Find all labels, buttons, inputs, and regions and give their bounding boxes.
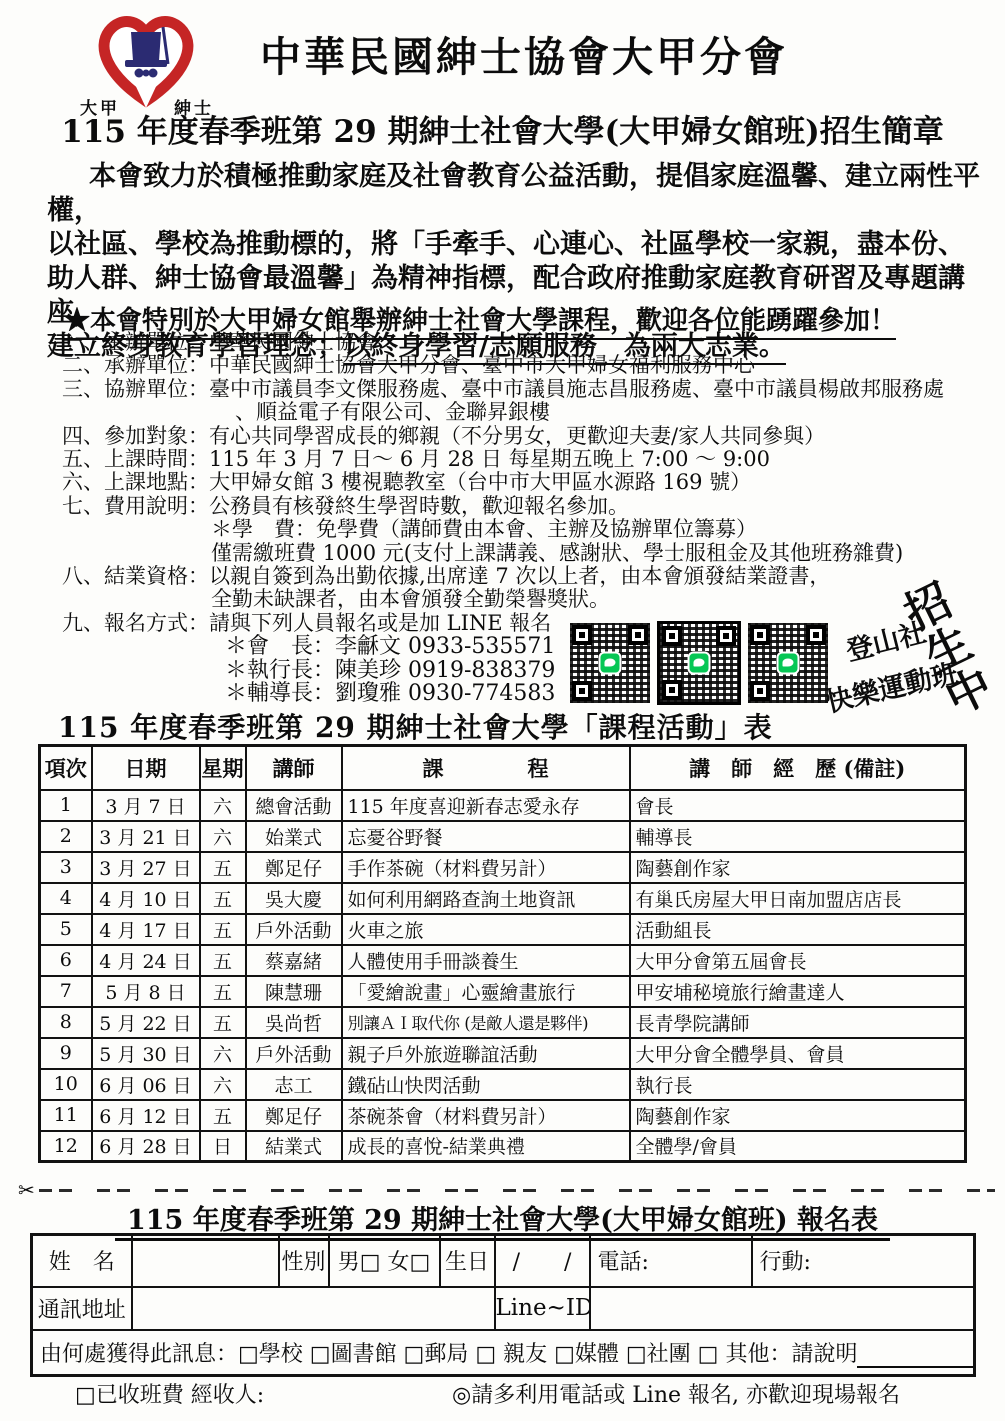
cell-course: 如何利用網路查詢土地資訊: [342, 883, 630, 914]
table-row: 12 6 月 28 日 日 結業式 成長的喜悅-結業典禮 全體學/會員: [40, 1131, 966, 1162]
cell-date: 4 月 10 日: [92, 883, 200, 914]
cell-no: 1: [40, 790, 92, 821]
cell-teacher: 始業式: [246, 821, 342, 852]
dashed-line: [39, 1189, 995, 1192]
list-item-fee: 七、費用說明：公務員有核發終生學習時數，歡迎報名參加。: [62, 495, 992, 518]
cell-date: 5 月 8 日: [92, 976, 200, 1007]
birth-label-cell: 生日: [440, 1235, 495, 1287]
cell-date: 3 月 21 日: [92, 821, 200, 852]
cell-date: 5 月 30 日: [92, 1038, 200, 1069]
cell-note: 輔導長: [630, 821, 966, 852]
cell-note: 有巢氏房屋大甲日南加盟店店長: [630, 883, 966, 914]
cell-teacher: 鄭足仔: [246, 1100, 342, 1131]
cell-course: 鐵砧山快閃活動: [342, 1069, 630, 1100]
address-label-cell: 通訊地址: [32, 1287, 132, 1330]
cell-no: 7: [40, 976, 92, 1007]
gender-options-cell: 男□ 女□: [329, 1235, 440, 1287]
birth-value-cell: / /: [495, 1235, 590, 1287]
cell-note: 會長: [630, 790, 966, 821]
line-qr-code-2: [657, 621, 741, 705]
cell-course: 115 年度喜迎新春志愛永存: [342, 790, 630, 821]
cell-day: 五: [200, 883, 246, 914]
cell-date: 4 月 17 日: [92, 914, 200, 945]
form-row-address: 通訊地址 Line~ID: [32, 1287, 975, 1330]
cell-date: 3 月 7 日: [92, 790, 200, 821]
line-qr-codes: [570, 621, 828, 705]
cell-no: 8: [40, 1007, 92, 1038]
course-table-header-row: 項次 日期 星期 講師 課 程 講 師 經 歷 (備註): [40, 746, 966, 790]
qr-finder-icon: [662, 626, 682, 646]
source-cell: 由何處獲得此訊息：□學校 □圖書館 □郵局 □ 親友 □媒體 □社團 □ 其他：…: [32, 1330, 975, 1376]
header-no: 項次: [40, 746, 92, 790]
cell-no: 4: [40, 883, 92, 914]
cell-date: 6 月 06 日: [92, 1069, 200, 1100]
cell-no: 5: [40, 914, 92, 945]
table-row: 1 3 月 7 日 六 總會活動 115 年度喜迎新春志愛永存 會長: [40, 790, 966, 821]
list-item-graduation: 八、結業資格：以親自簽到為出勤依據,出席達 7 次以上者，由本會頒發結業證書，: [62, 565, 992, 588]
cell-teacher: 結業式: [246, 1131, 342, 1162]
cell-day: 六: [200, 1069, 246, 1100]
cell-note: 活動組長: [630, 914, 966, 945]
table-row: 6 4 月 24 日 五 蔡嘉緒 人體使用手冊談養生 大甲分會第五屆會長: [40, 945, 966, 976]
table-row: 11 6 月 12 日 五 鄭足仔 茶碗茶會（材料費另計） 陶藝創作家: [40, 1100, 966, 1131]
course-table: 項次 日期 星期 講師 課 程 講 師 經 歷 (備註) 1 3 月 7 日 六…: [38, 744, 967, 1163]
cell-day: 六: [200, 821, 246, 852]
cell-day: 五: [200, 1007, 246, 1038]
cell-date: 5 月 22 日: [92, 1007, 200, 1038]
cell-teacher: 志工: [246, 1069, 342, 1100]
cell-no: 11: [40, 1100, 92, 1131]
cell-day: 六: [200, 790, 246, 821]
cell-course: 手作茶碗（材料費另計）: [342, 852, 630, 883]
line-qr-code-1: [570, 623, 650, 703]
table-row: 4 4 月 10 日 五 吳大慶 如何利用網路查詢土地資訊 有巢氏房屋大甲日南加…: [40, 883, 966, 914]
line-id-label-cell: Line~ID: [495, 1287, 590, 1330]
cell-day: 五: [200, 1100, 246, 1131]
cell-no: 3: [40, 852, 92, 883]
list-item-coorganizer-2: 、順益電子有限公司、金聯昇銀樓: [62, 401, 992, 424]
cell-no: 2: [40, 821, 92, 852]
cell-teacher: 吳大慶: [246, 883, 342, 914]
cell-note: 陶藝創作家: [630, 1100, 966, 1131]
fee-received-note: □已收班費 經收人:: [75, 1378, 264, 1409]
header-note: 講 師 經 歷 (備註): [630, 746, 966, 790]
cell-day: 六: [200, 1038, 246, 1069]
cell-no: 6: [40, 945, 92, 976]
header-date: 日期: [92, 746, 200, 790]
qr-finder-icon: [572, 681, 592, 701]
flyer-subtitle: 115 年度春季班第 29 期紳士社會大學(大甲婦女館班)招生簡章: [0, 106, 1005, 151]
list-item-organizer: 一、主辦單位：中華民國紳士協會: [62, 331, 992, 354]
cell-course: 茶碗茶會（材料費另計）: [342, 1100, 630, 1131]
table-row: 2 3 月 21 日 六 始業式 忘憂谷野餐 輔導長: [40, 821, 966, 852]
cell-day: 五: [200, 852, 246, 883]
table-row: 3 3 月 27 日 五 鄭足仔 手作茶碗（材料費另計） 陶藝創作家: [40, 852, 966, 883]
qr-finder-icon: [806, 625, 826, 645]
list-item-audience: 四、參加對象：有心共同學習成長的鄉親（不分男女，更歡迎夫妻/家人共同參與）: [62, 425, 992, 448]
cell-day: 五: [200, 976, 246, 1007]
cell-no: 10: [40, 1069, 92, 1100]
cell-teacher: 鄭足仔: [246, 852, 342, 883]
table-row: 7 5 月 8 日 五 陳慧珊 「愛繪說畫」心靈繪畫旅行 甲安埔秘境旅行繪畫達人: [40, 976, 966, 1007]
table-row: 9 5 月 30 日 六 戶外活動 親子戶外旅遊聯誼活動 大甲分會全體學員、會員: [40, 1038, 966, 1069]
fill-in-blank-line: [857, 1346, 974, 1368]
course-table-title: 115 年度春季班第 29 期紳士社會大學「課程活動」表: [58, 706, 773, 746]
name-input-cell: [132, 1235, 279, 1287]
cell-teacher: 總會活動: [246, 790, 342, 821]
line-app-icon: [777, 652, 800, 675]
flyer-page: 大甲 紳士 中華民國紳士協會大甲分會 115 年度春季班第 29 期紳士社會大學…: [0, 0, 1005, 1421]
cell-teacher: 蔡嘉緒: [246, 945, 342, 976]
form-row-identity: 姓 名 性別 男□ 女□ 生日 / / 電話: 行動:: [32, 1235, 975, 1287]
cell-course: 火車之旅: [342, 914, 630, 945]
cell-note: 全體學/會員: [630, 1131, 966, 1162]
cell-teacher: 陳慧珊: [246, 976, 342, 1007]
cell-note: 長青學院講師: [630, 1007, 966, 1038]
table-row: 5 4 月 17 日 五 戶外活動 火車之旅 活動組長: [40, 914, 966, 945]
cell-date: 6 月 28 日: [92, 1131, 200, 1162]
cell-date: 4 月 24 日: [92, 945, 200, 976]
registration-reminder-note: ◎請多利用電話或 Line 報名, 亦歡迎現場報名: [452, 1378, 900, 1409]
cell-note: 大甲分會全體學員、會員: [630, 1038, 966, 1069]
line-app-icon: [599, 652, 622, 675]
header-teacher: 講師: [246, 746, 342, 790]
cell-no: 12: [40, 1131, 92, 1162]
list-item-fee-detail-2: 僅需繳班費 1000 元(支付上課講義、感謝狀、學士服租金及其他班務雜費): [62, 542, 992, 565]
qr-finder-icon: [572, 625, 592, 645]
cell-course: 「愛繪說畫」心靈繪畫旅行: [342, 976, 630, 1007]
cell-course: 忘憂谷野餐: [342, 821, 630, 852]
scissors-icon: ✂: [18, 1180, 35, 1200]
page-title: 中華民國紳士協會大甲分會: [260, 24, 788, 83]
cell-note: 執行長: [630, 1069, 966, 1100]
cell-teacher: 戶外活動: [246, 914, 342, 945]
cell-day: 五: [200, 914, 246, 945]
header-day: 星期: [200, 746, 246, 790]
list-item-undertaker: 二、承辦單位：中華民國紳士協會大甲分會、臺中市大甲婦女福利服務中心: [62, 354, 992, 377]
list-item-fee-detail-1: ＊學 費：免學費（講師費由本會、主辦及協辦單位籌募）: [62, 518, 992, 541]
mobile-label-cell: 行動:: [752, 1235, 975, 1287]
cell-note: 陶藝創作家: [630, 852, 966, 883]
qr-finder-icon: [750, 625, 770, 645]
name-label-cell: 姓 名: [32, 1235, 132, 1287]
qr-finder-icon: [750, 681, 770, 701]
list-item-coorganizer: 三、協辦單位：臺中市議員李文傑服務處、臺中市議員施志昌服務處、臺中市議員楊啟邦服…: [62, 378, 992, 401]
cell-date: 6 月 12 日: [92, 1100, 200, 1131]
cell-day: 日: [200, 1131, 246, 1162]
address-input-cell: [132, 1287, 495, 1330]
table-row: 10 6 月 06 日 六 志工 鐵砧山快閃活動 執行長: [40, 1069, 966, 1100]
cell-course: 成長的喜悅-結業典禮: [342, 1131, 630, 1162]
cell-day: 五: [200, 945, 246, 976]
association-logo: 大甲 紳士: [76, 12, 226, 114]
gender-label-cell: 性別: [279, 1235, 329, 1287]
cell-note: 大甲分會第五屆會長: [630, 945, 966, 976]
intro-line: 以社區、學校為推動標的，將「手牽手、心連心、社區學校一家親，盡本份、: [47, 228, 987, 262]
qr-finder-icon: [662, 680, 682, 700]
list-item-graduation-2: 全勤未缺課者，由本會頒發全勤榮譽獎狀。: [62, 588, 992, 611]
qr-finder-icon: [628, 625, 648, 645]
line-qr-code-3: [748, 623, 828, 703]
qr-finder-icon: [716, 626, 736, 646]
cell-note: 甲安埔秘境旅行繪畫達人: [630, 976, 966, 1007]
intro-line: 本會致力於積極推動家庭及社會教育公益活動，提倡家庭溫馨、建立兩性平權，: [47, 160, 987, 228]
line-app-icon: [688, 652, 711, 675]
source-label: 由何處獲得此訊息：□學校 □圖書館 □郵局 □ 親友 □媒體 □社團 □ 其他：…: [40, 1342, 857, 1367]
cell-date: 3 月 27 日: [92, 852, 200, 883]
cell-teacher: 戶外活動: [246, 1038, 342, 1069]
cell-no: 9: [40, 1038, 92, 1069]
list-item-location: 六、上課地點：大甲婦女館 3 樓視聽教室（台中市大甲區水源路 169 號）: [62, 471, 992, 494]
cut-line: ✂: [18, 1180, 995, 1200]
signup-form-table: 姓 名 性別 男□ 女□ 生日 / / 電話: 行動: 通訊地址 Line~ID…: [30, 1233, 976, 1377]
cell-course: 人體使用手冊談養生: [342, 945, 630, 976]
cell-course: 別讓ＡＩ取代你 (是敵人還是夥伴): [342, 1007, 630, 1038]
header-course: 課 程: [342, 746, 630, 790]
cell-course: 親子戶外旅遊聯誼活動: [342, 1038, 630, 1069]
cell-teacher: 吳尚哲: [246, 1007, 342, 1038]
form-row-source: 由何處獲得此訊息：□學校 □圖書館 □郵局 □ 親友 □媒體 □社團 □ 其他：…: [32, 1330, 975, 1376]
list-item-class-time: 五、上課時間：115 年 3 月 7 日～ 6 月 28 日 每星期五晚上 7:…: [62, 448, 992, 471]
table-row: 8 5 月 22 日 五 吳尚哲 別讓ＡＩ取代你 (是敵人還是夥伴) 長青學院講…: [40, 1007, 966, 1038]
line-id-input-cell: [590, 1287, 975, 1330]
phone-label-cell: 電話:: [590, 1235, 752, 1287]
